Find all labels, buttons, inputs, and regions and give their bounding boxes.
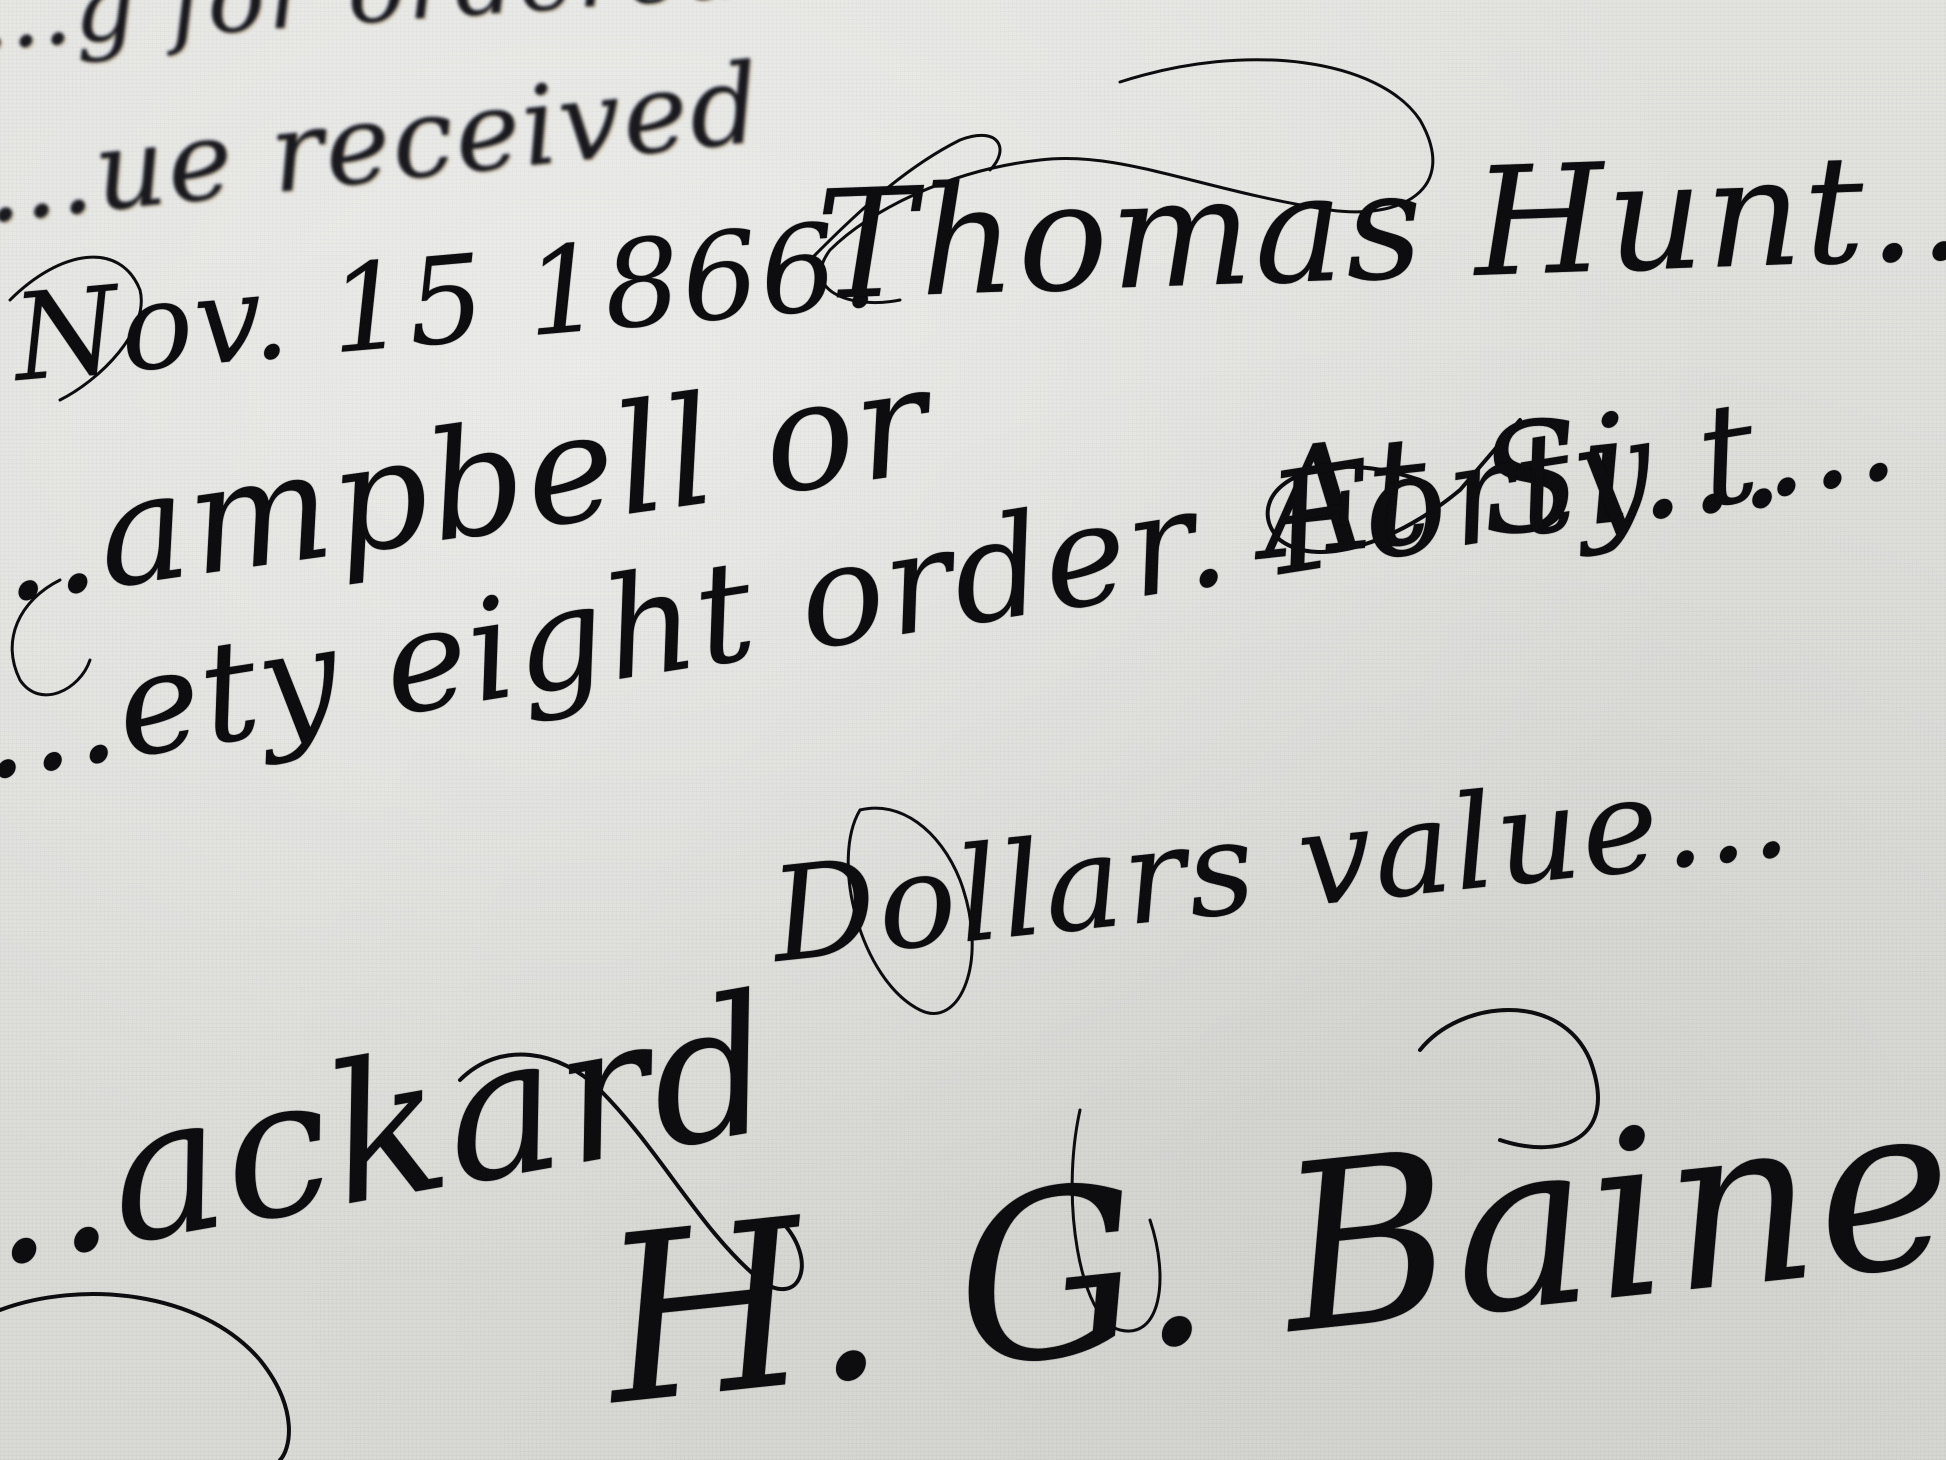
canvas-photo: …g for ordered Seventeen Hun… …ue receiv… [0,0,1946,1460]
flourish-bottom-left [0,1294,289,1460]
